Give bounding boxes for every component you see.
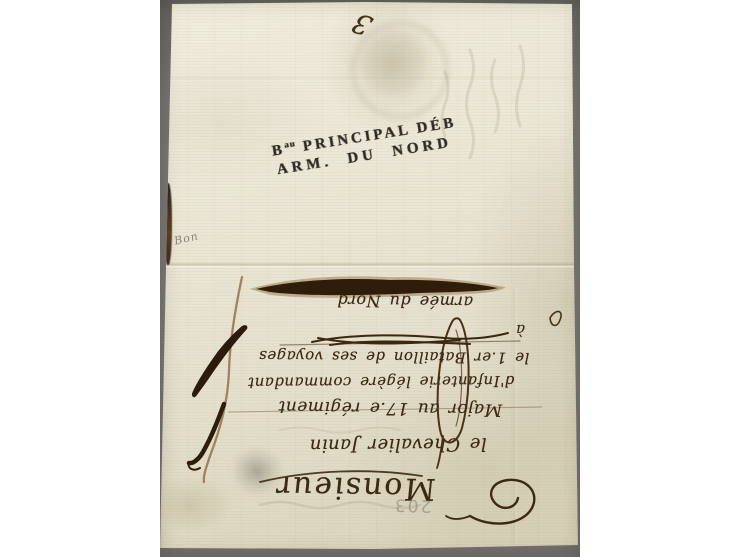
- address-line-a-struck: à: [300, 321, 525, 341]
- address-line-armee-du-nord: armée du Nord: [262, 291, 548, 313]
- postmark-stamp: Bau PRINCIPAL DÉB ARM. DU NORD: [270, 107, 474, 181]
- address-line-chevalier: le Chevalier Janin: [248, 433, 548, 457]
- margin-squiggle: [550, 311, 561, 325]
- address-line-bataillon: le 1.er Bataillon de ses voyages: [238, 347, 550, 367]
- rate-stroke-hook: [189, 404, 224, 463]
- rate-stroke-hook-tail: [189, 463, 200, 470]
- scan-canvas: 3 Bau PRINCIPAL DÉB ARM. DU NORD Bon arm…: [0, 0, 740, 557]
- pencil-number: 203: [393, 494, 432, 515]
- address-line-major: Major au 17.e régiment: [228, 396, 552, 421]
- cover-photo: 3 Bau PRINCIPAL DÉB ARM. DU NORD Bon arm…: [160, 0, 580, 557]
- address-line-monsieur: Monsieur: [218, 468, 491, 507]
- fold-crease-middle: [166, 262, 574, 268]
- address-line-infanterie: d'Infanterie légère commandant: [210, 372, 552, 392]
- edge-ink-mark: [164, 183, 172, 265]
- letter-paper: 3 Bau PRINCIPAL DÉB ARM. DU NORD Bon arm…: [160, 0, 580, 557]
- pencil-expert-mark: Bon: [173, 229, 200, 247]
